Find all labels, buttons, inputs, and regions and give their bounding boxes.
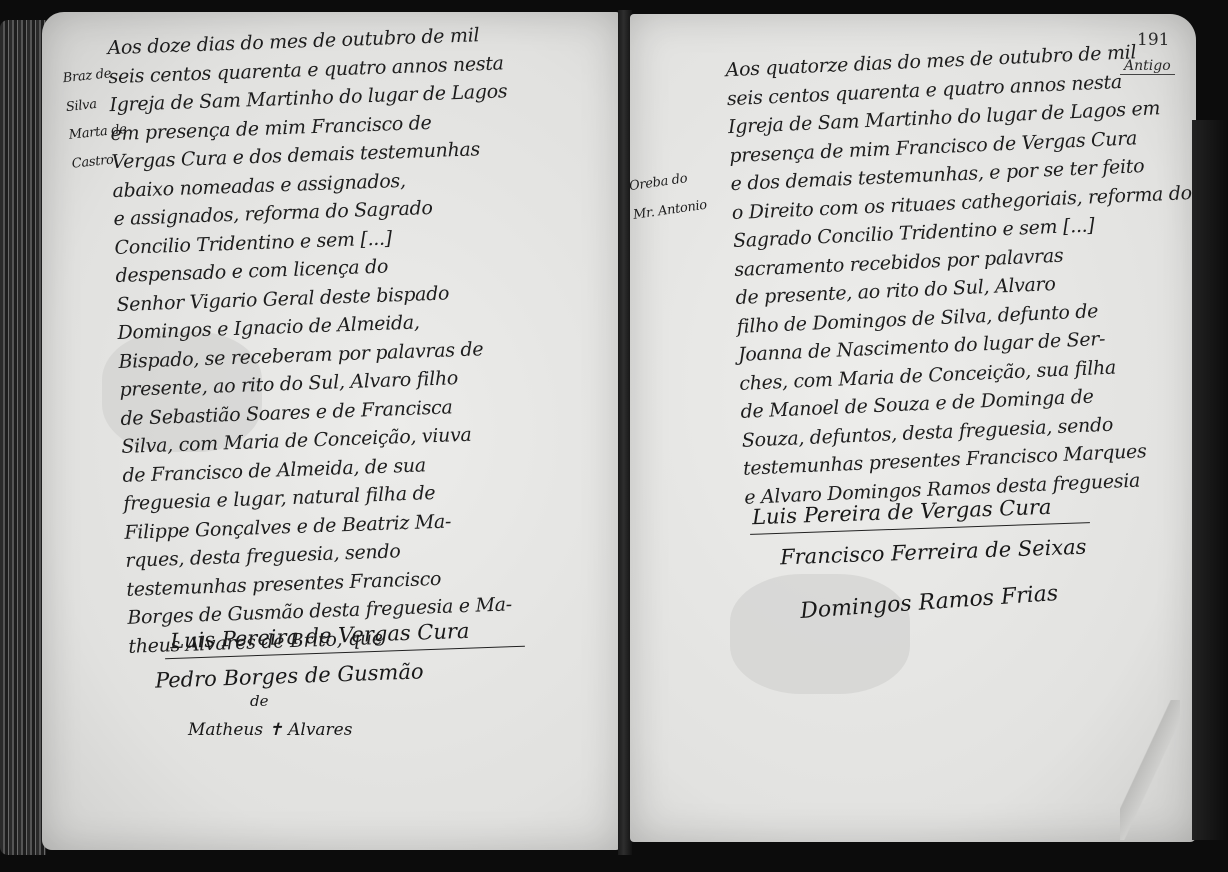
left-page-text: Aos doze dias do mes de outubro de mil s… bbox=[107, 20, 527, 661]
torn-corner bbox=[1120, 700, 1180, 840]
paper-stain bbox=[730, 574, 910, 694]
right-page-text: Aos quatorze dias do mes de outubro de m… bbox=[725, 36, 1205, 512]
manuscript-spread: Braz de Silva Marta de Castro Aos doze d… bbox=[0, 0, 1228, 872]
right-margin-note: Oreba do Mr. Antonio bbox=[628, 168, 709, 235]
binding-spine bbox=[0, 20, 46, 855]
signature-de: de bbox=[250, 692, 268, 710]
signature-cross-mark: Matheus ✝ Alvares bbox=[188, 720, 352, 740]
